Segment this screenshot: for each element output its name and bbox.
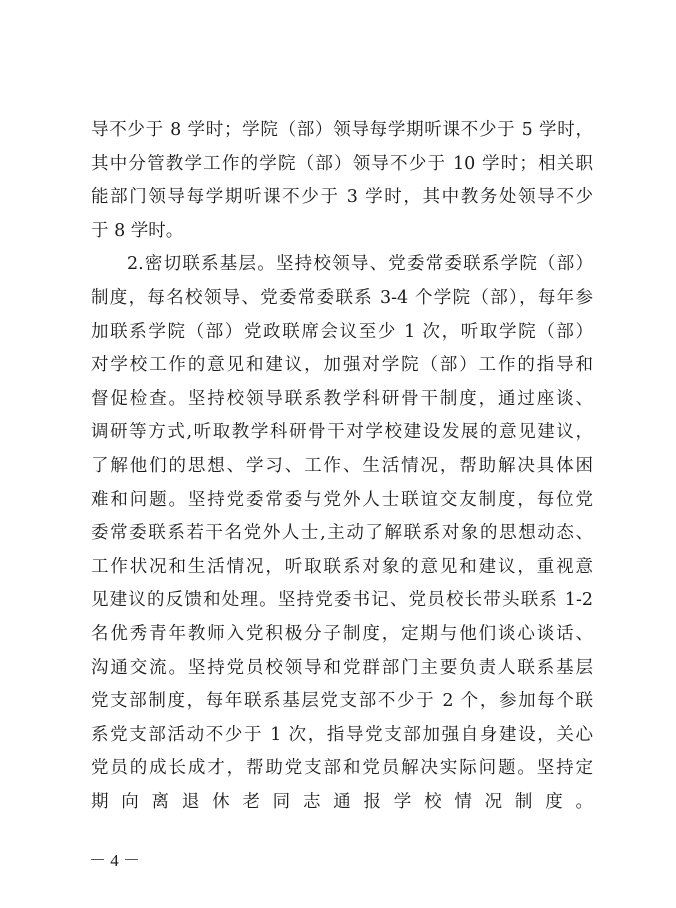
text-line: 工作状况和生活情况，听取联系对象的意见和建议，重视意 — [91, 551, 593, 585]
section-heading-line: 2.密切联系基层。坚持校领导、党委常委联系学院（部） — [91, 248, 593, 282]
text-line: 督促检查。坚持校领导联系教学科研骨干制度，通过座谈、 — [91, 383, 593, 417]
text-line: 难和问题。坚持党委常委与党外人士联谊交友制度，每位党 — [91, 484, 593, 518]
text-line: 见建议的反馈和处理。坚持党委书记、党员校长带头联系 1-2 — [91, 584, 593, 618]
text-line: 党员的成长成才，帮助党支部和党员解决实际问题。坚持定 — [91, 752, 593, 786]
paragraph-1: 导不少于 8 学时；学院（部）领导每学期听课不少于 5 学时， 其中分管教学工作… — [91, 114, 593, 248]
text-line: 委常委联系若干名党外人士,主动了解联系对象的思想动态、 — [91, 517, 593, 551]
text-line — [91, 819, 593, 853]
paragraph-2: 2.密切联系基层。坚持校领导、党委常委联系学院（部） 制度，每名校领导、党委常委… — [91, 248, 593, 853]
text-line: 制度，每名校领导、党委常委联系 3-4 个学院（部），每年参 — [91, 282, 593, 316]
text-line: 了解他们的思想、学习、工作、生活情况，帮助解决具体困 — [91, 450, 593, 484]
text-line: 导不少于 8 学时；学院（部）领导每学期听课不少于 5 学时， — [91, 114, 593, 148]
text-line: 沟通交流。坚持党员校领导和党群部门主要负责人联系基层 — [91, 652, 593, 686]
document-page: 导不少于 8 学时；学院（部）领导每学期听课不少于 5 学时， 其中分管教学工作… — [0, 0, 676, 908]
text-line: 名优秀青年教师入党积极分子制度，定期与他们谈心谈话、 — [91, 618, 593, 652]
text-line: 系党支部活动不少于 1 次，指导党支部加强自身建设，关心 — [91, 719, 593, 753]
text-line: 调研等方式,听取教学科研骨干对学校建设发展的意见建议， — [91, 416, 593, 450]
text-line: 于 8 学时。 — [91, 215, 593, 249]
text-line: 对学校工作的意见和建议，加强对学院（部）工作的指导和 — [91, 349, 593, 383]
text-line: 党支部制度，每年联系基层党支部不少于 2 个，参加每个联 — [91, 685, 593, 719]
text-line: 加联系学院（部）党政联席会议至少 1 次，听取学院（部） — [91, 316, 593, 350]
text-line: 期向离退休老同志通报学校情况制度。 — [91, 786, 593, 820]
document-body: 导不少于 8 学时；学院（部）领导每学期听课不少于 5 学时， 其中分管教学工作… — [91, 114, 593, 853]
text-line: 能部门领导每学期听课不少于 3 学时，其中教务处领导不少 — [91, 181, 593, 215]
text-line: 其中分管教学工作的学院（部）领导不少于 10 学时；相关职 — [91, 148, 593, 182]
page-number: － 4 － — [89, 846, 140, 871]
